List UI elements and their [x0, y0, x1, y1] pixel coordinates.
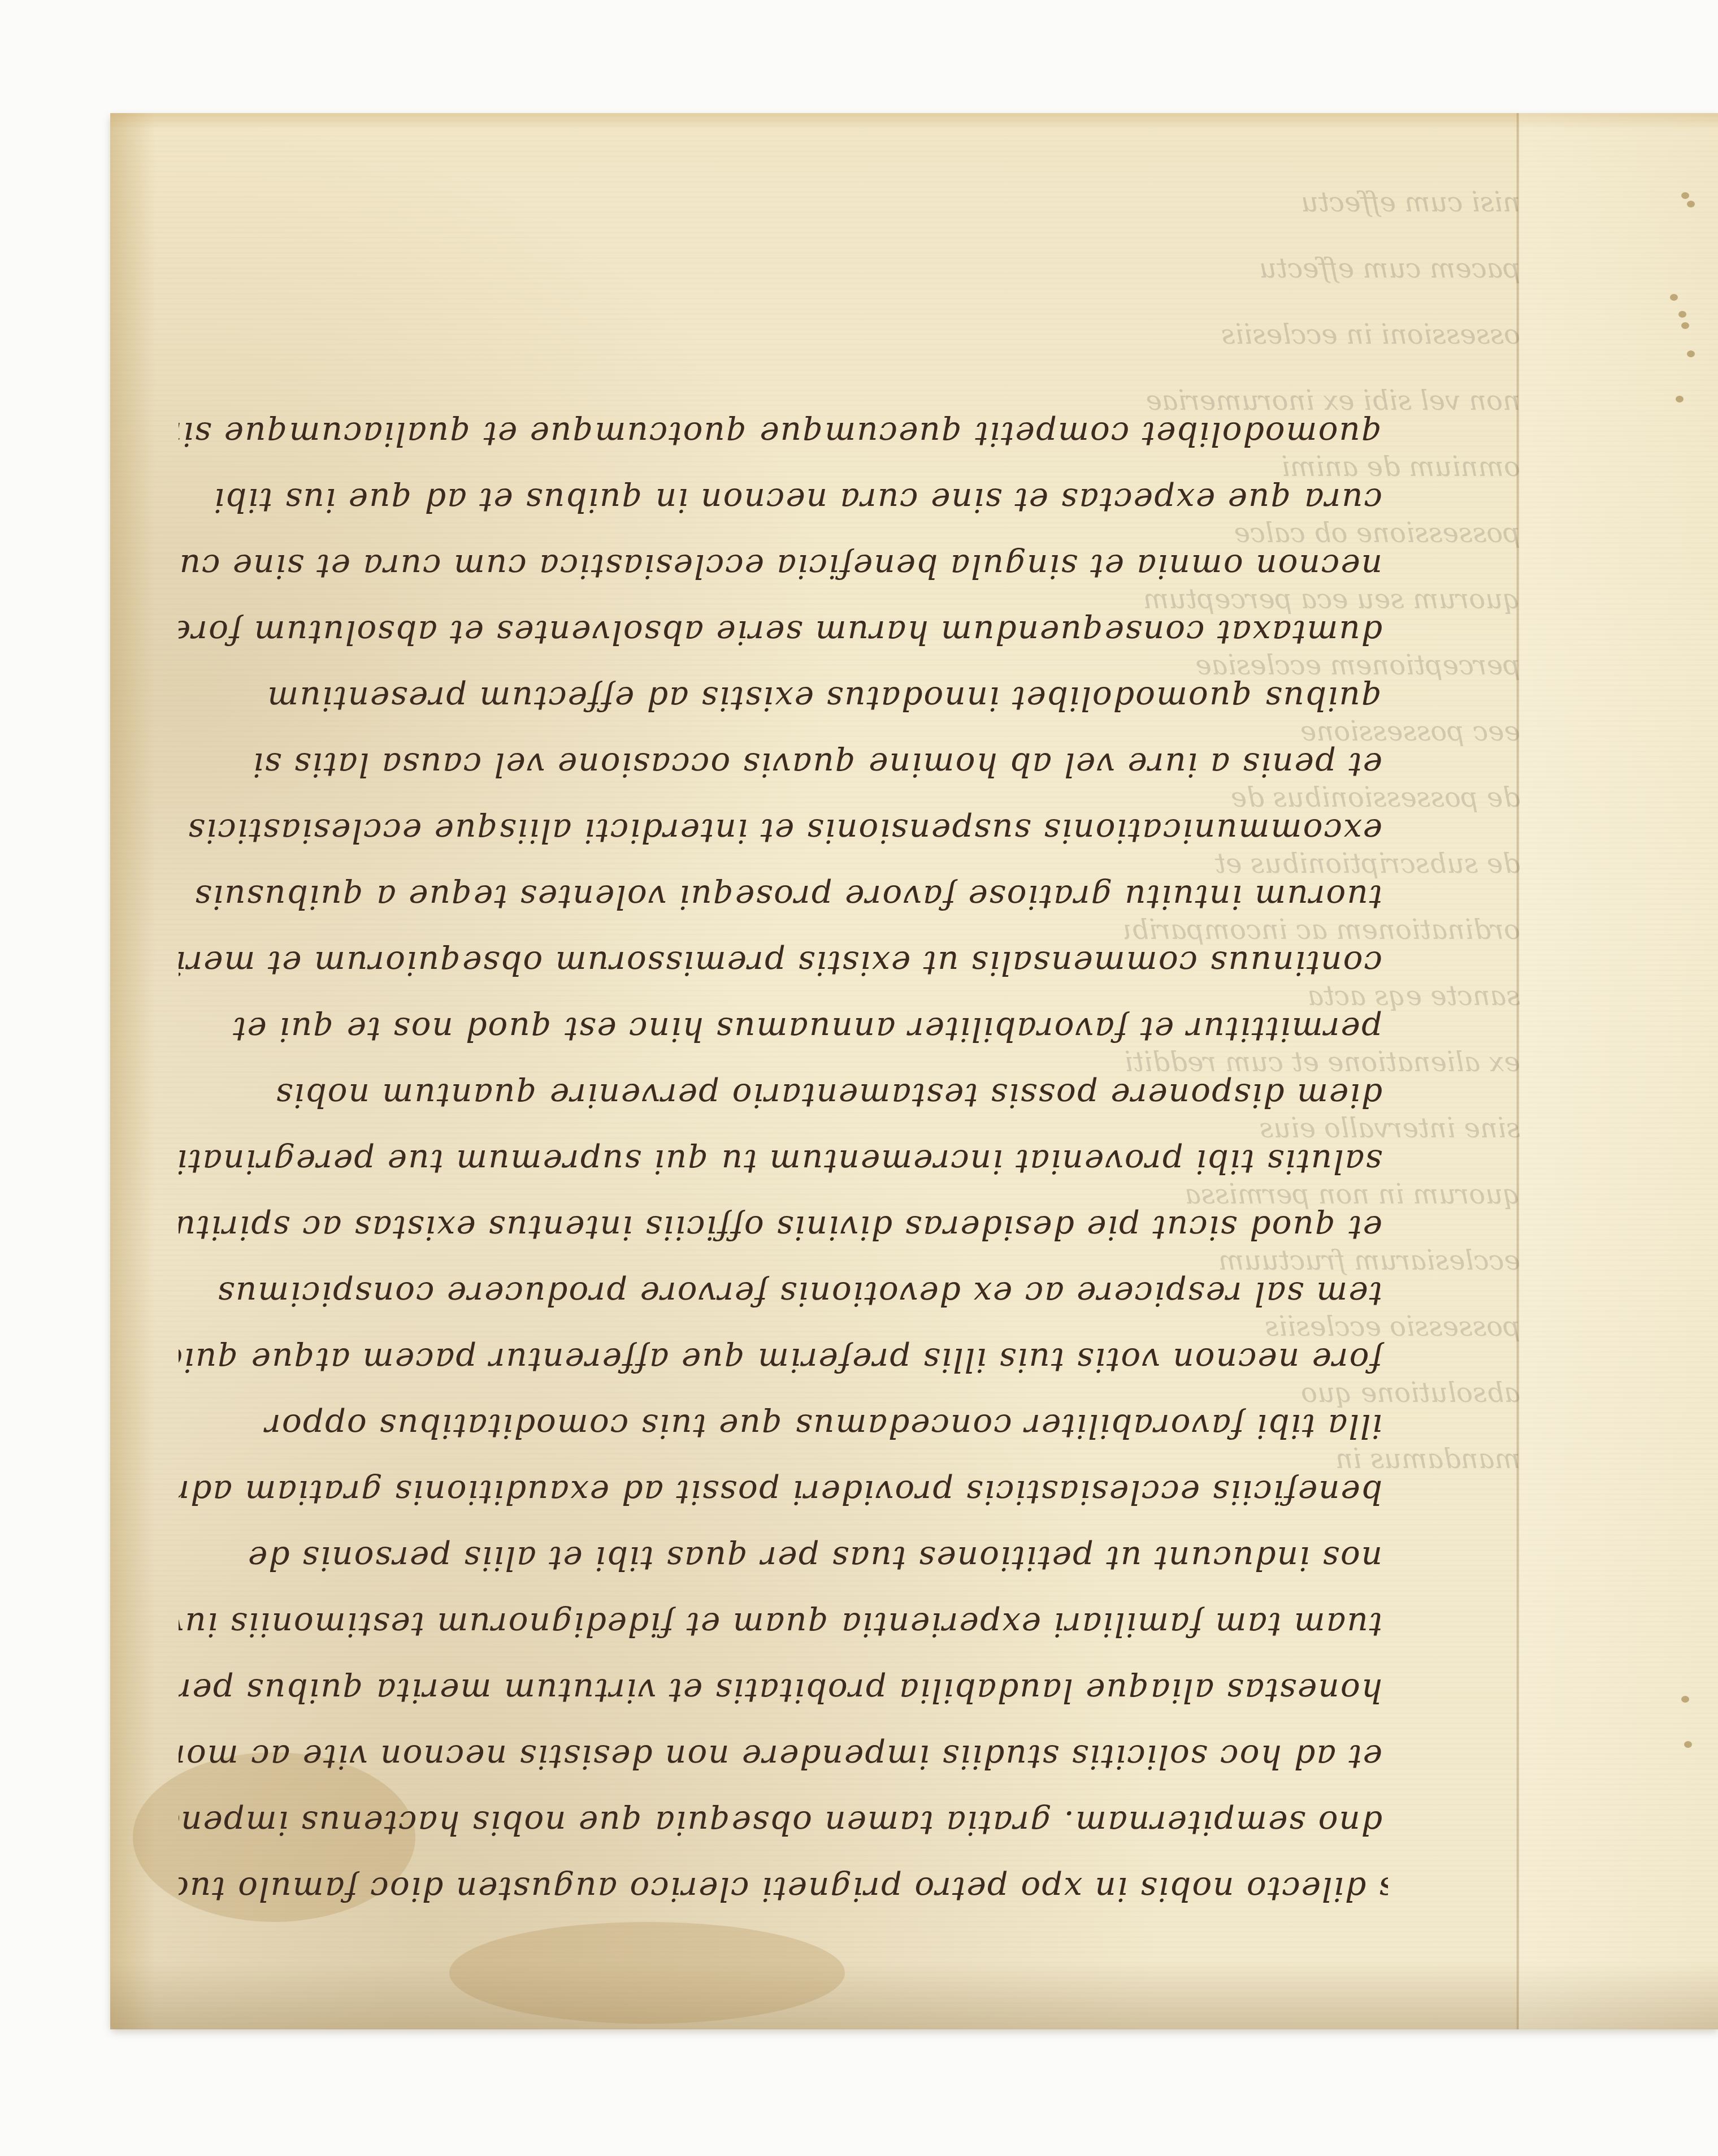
bleed-line: nisi cum effectu: [1125, 170, 1520, 236]
letter-text-block: Iulius dilecto nobis in xpo petro prigne…: [179, 249, 1388, 1922]
paper-edge-bottom: [110, 1962, 1718, 2029]
letter-line: salutis tibi proveniat incrementum tu qu…: [179, 1128, 1388, 1194]
pinhole: [1681, 1696, 1689, 1703]
letter-line: diem disponere possis testamentario perv…: [179, 1062, 1388, 1128]
letter-line: tuam tam familiari experientia quam et f…: [179, 1591, 1388, 1657]
letter-line: tuorum intuitu gratiose favore prosequi …: [179, 864, 1388, 930]
pinhole: [1687, 201, 1695, 207]
letter-line: honestas aliaque laudabilia probitatis e…: [179, 1657, 1388, 1724]
paper-edge-top: [110, 113, 1718, 130]
letter-line: tem sal respicere ac ex devotionis fervo…: [179, 1261, 1388, 1327]
paper-edge-left: [110, 113, 155, 2029]
pinhole: [1687, 350, 1695, 357]
letter-line: cura que expectas et sine cura necnon in…: [179, 467, 1388, 533]
line-text: ulius dilecto nobis in xpo petro prignet…: [179, 1870, 1388, 1908]
letter-line: dumtaxat consequendum harum serie absolv…: [179, 599, 1388, 665]
letter-line: nos inducunt ut petitiones tuas per quas…: [179, 1525, 1388, 1591]
letter-line: permittitur et favorabiliter annuamus hi…: [179, 996, 1388, 1062]
water-stain: [449, 1922, 845, 2024]
pinhole: [1676, 396, 1684, 402]
letter-line: necnon omnia et singula beneficia eccles…: [179, 533, 1388, 599]
pinhole: [1681, 192, 1689, 199]
letter-line: et penis a iure vel ab homine quavis occ…: [179, 731, 1388, 798]
letter-line: et ad hoc solicitis studiis impendere no…: [179, 1724, 1388, 1790]
pinhole: [1681, 322, 1689, 329]
letter-line: et quod sicut pie desideras divinis offi…: [179, 1194, 1388, 1261]
pinhole: [1670, 294, 1678, 301]
letter-line: quomodolibet competit quecumque quotcumq…: [179, 401, 1388, 467]
letter-line: Iulius dilecto nobis in xpo petro prigne…: [179, 1856, 1388, 1922]
letter-line: fore necnon votis tuis illis preferim qu…: [179, 1327, 1388, 1393]
letter-line: illa tibi favorabiliter concedamus que t…: [179, 1393, 1388, 1459]
letter-line: continuus commensalis ut existis premiss…: [179, 930, 1388, 996]
letter-line: excommunicationis suspensionis et interd…: [179, 798, 1388, 864]
letter-line: quibus quomodolibet innodatus existis ad…: [179, 665, 1388, 731]
pinhole: [1684, 1741, 1692, 1748]
letter-line: beneficiis ecclesiasticis provideri poss…: [179, 1459, 1388, 1525]
letter-line: dno sempiternam. gratia tamen obsequia q…: [179, 1790, 1388, 1856]
pinhole: [1678, 311, 1686, 318]
